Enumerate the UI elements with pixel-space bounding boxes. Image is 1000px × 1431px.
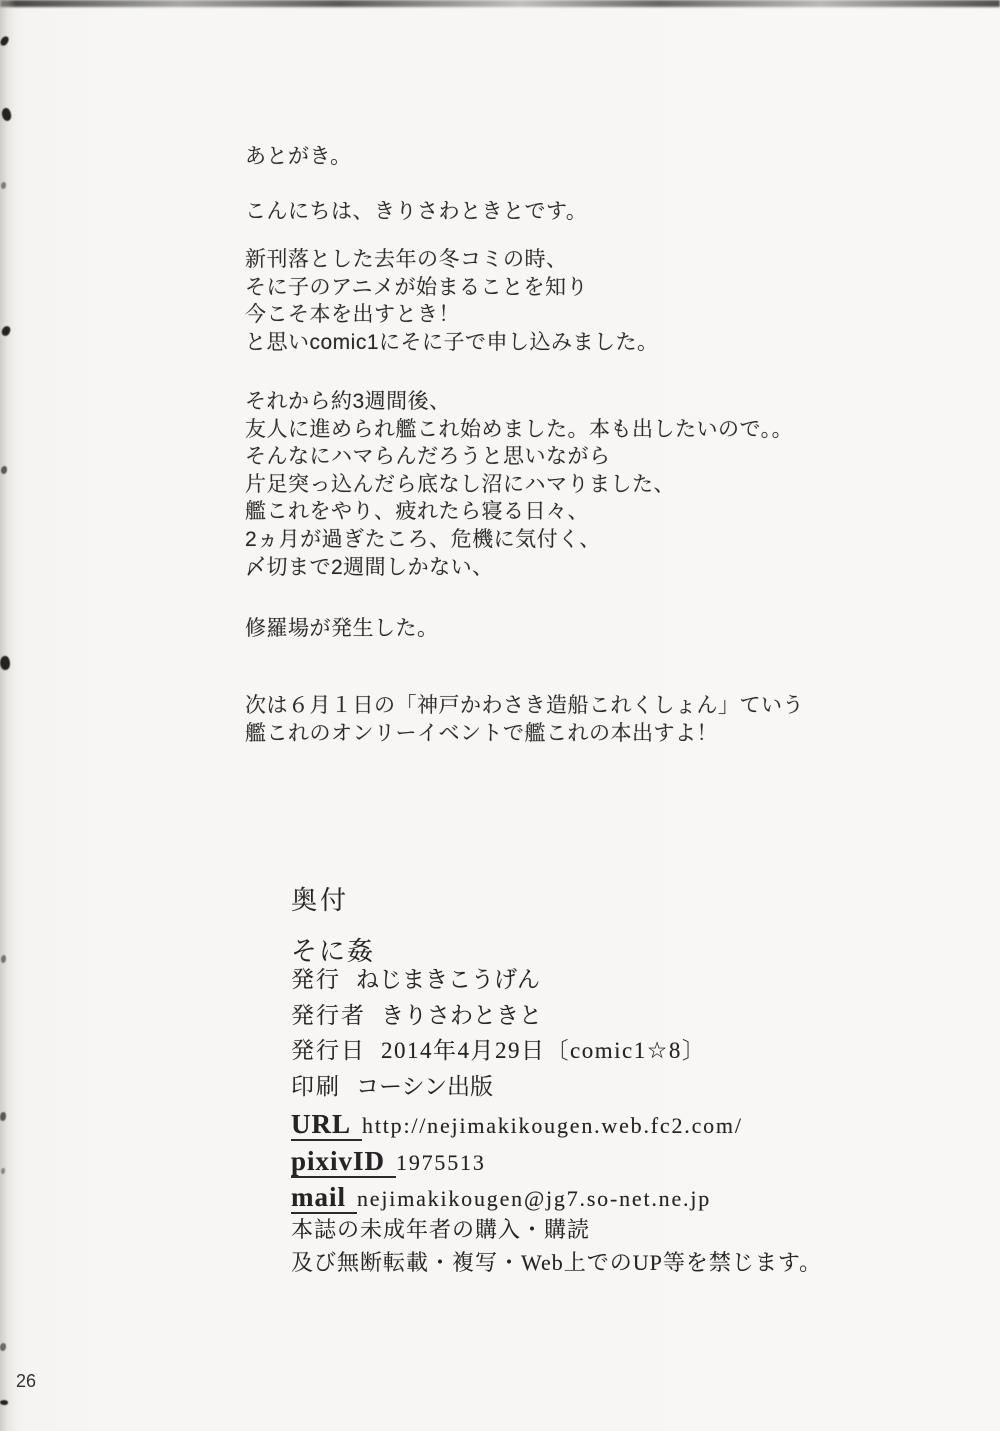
url-value: http://nejimakikougen.web.fc2.com/ [362,1113,743,1138]
colophon-row-value: コーシン出版 [356,1074,493,1099]
afterword-paragraph-2: それから約3週間後、 友人に進められ艦これ始めました。本も出したいので。。 そん… [245,388,793,581]
afterword-paragraph-3: 修羅場が発生した。 [245,612,439,642]
colophon-row-value: 2014年4月29日〔comic1☆8〕 [381,1038,706,1063]
afterword-line: 新刊落とした去年の冬コミの時、 [245,246,659,274]
colophon-links: URLhttp://nejimakikougen.web.fc2.com/ pi… [291,1106,743,1216]
afterword-line: 〆切まで2週間しかない、 [245,554,793,582]
page-number: 26 [16,1371,36,1392]
colophon-url-row: URLhttp://nejimakikougen.web.fc2.com/ [291,1106,743,1143]
afterword-paragraph-4: 次は６月１日の「神戸かわさき造船これくしょん」ていう 艦これのオンリーイベントで… [245,692,804,747]
pixiv-id-value: 1975513 [396,1150,486,1175]
colophon-row-publish-date: 発行日2014年4月29日〔comic1☆8〕 [291,1033,706,1069]
scanned-page: あとがき。 こんにちは、きりさわときとです。 新刊落とした去年の冬コミの時、 そ… [0,0,1000,1431]
colophon-row-value: きりさわときと [381,1003,542,1028]
colophon-row-label: 発行者 [291,1003,366,1028]
mail-label: mail [291,1182,357,1214]
colophon-row-author: 発行者きりさわときと [291,998,706,1034]
colophon-row-publisher: 発行ねじまきこうげん [291,962,706,998]
scan-edge-left [0,0,16,1431]
notice-line: 及び無断転載・複写・Web上でのUP等を禁じます。 [291,1247,822,1280]
afterword-line: 2ヵ月が過ぎたころ、危機に気付く、 [245,526,793,554]
mail-value: nejimakikougen@jg7.so-net.ne.jp [357,1186,711,1211]
afterword-paragraph-1: 新刊落とした去年の冬コミの時、 そに子のアニメが始まることを知り 今こそ本を出す… [245,246,659,356]
scan-edge-top [0,0,1000,7]
colophon-mail-row: mailnejimakikougen@jg7.so-net.ne.jp [291,1179,743,1216]
pixiv-id-label: pixivID [291,1146,396,1178]
afterword-line: 次は６月１日の「神戸かわさき造船これくしょん」ていう [245,692,804,720]
colophon-pixiv-row: pixivID1975513 [291,1143,743,1180]
colophon-row-value: ねじまきこうげん [356,967,540,992]
afterword-line: そに子のアニメが始まることを知り [245,274,659,302]
colophon-heading: 奥付 [291,880,349,917]
colophon-notice: 本誌の未成年者の購入・購読 及び無断転載・複写・Web上でのUP等を禁じます。 [291,1214,822,1279]
afterword-line: と思いcomic1にそに子で申し込みました。 [245,329,659,357]
afterword-line: 今こそ本を出すとき！ [245,301,659,329]
afterword-line: 艦これをやり、疲れたら寝る日々、 [245,498,793,526]
colophon-row-label: 発行日 [291,1038,366,1063]
afterword-line: そんなにハマらんだろうと思いながら [245,443,793,471]
colophon-row-label: 発行 [291,967,341,992]
afterword-line: 片足突っ込んだら底なし沼にハマりました、 [245,471,793,499]
notice-line: 本誌の未成年者の購入・購読 [291,1214,822,1247]
afterword-title: あとがき。 [245,140,352,170]
colophon-row-label: 印刷 [291,1074,341,1099]
colophon-rows: 発行ねじまきこうげん 発行者きりさわときと 発行日2014年4月29日〔comi… [291,962,706,1104]
afterword-line: それから約3週間後、 [245,388,793,416]
afterword-line: 艦これのオンリーイベントで艦これの本出すよ！ [245,720,804,748]
afterword-greeting: こんにちは、きりさわときとです。 [245,195,587,225]
url-label: URL [291,1109,362,1141]
afterword-line: 友人に進められ艦これ始めました。本も出したいので。。 [245,416,793,444]
colophon-row-printer: 印刷コーシン出版 [291,1069,706,1105]
